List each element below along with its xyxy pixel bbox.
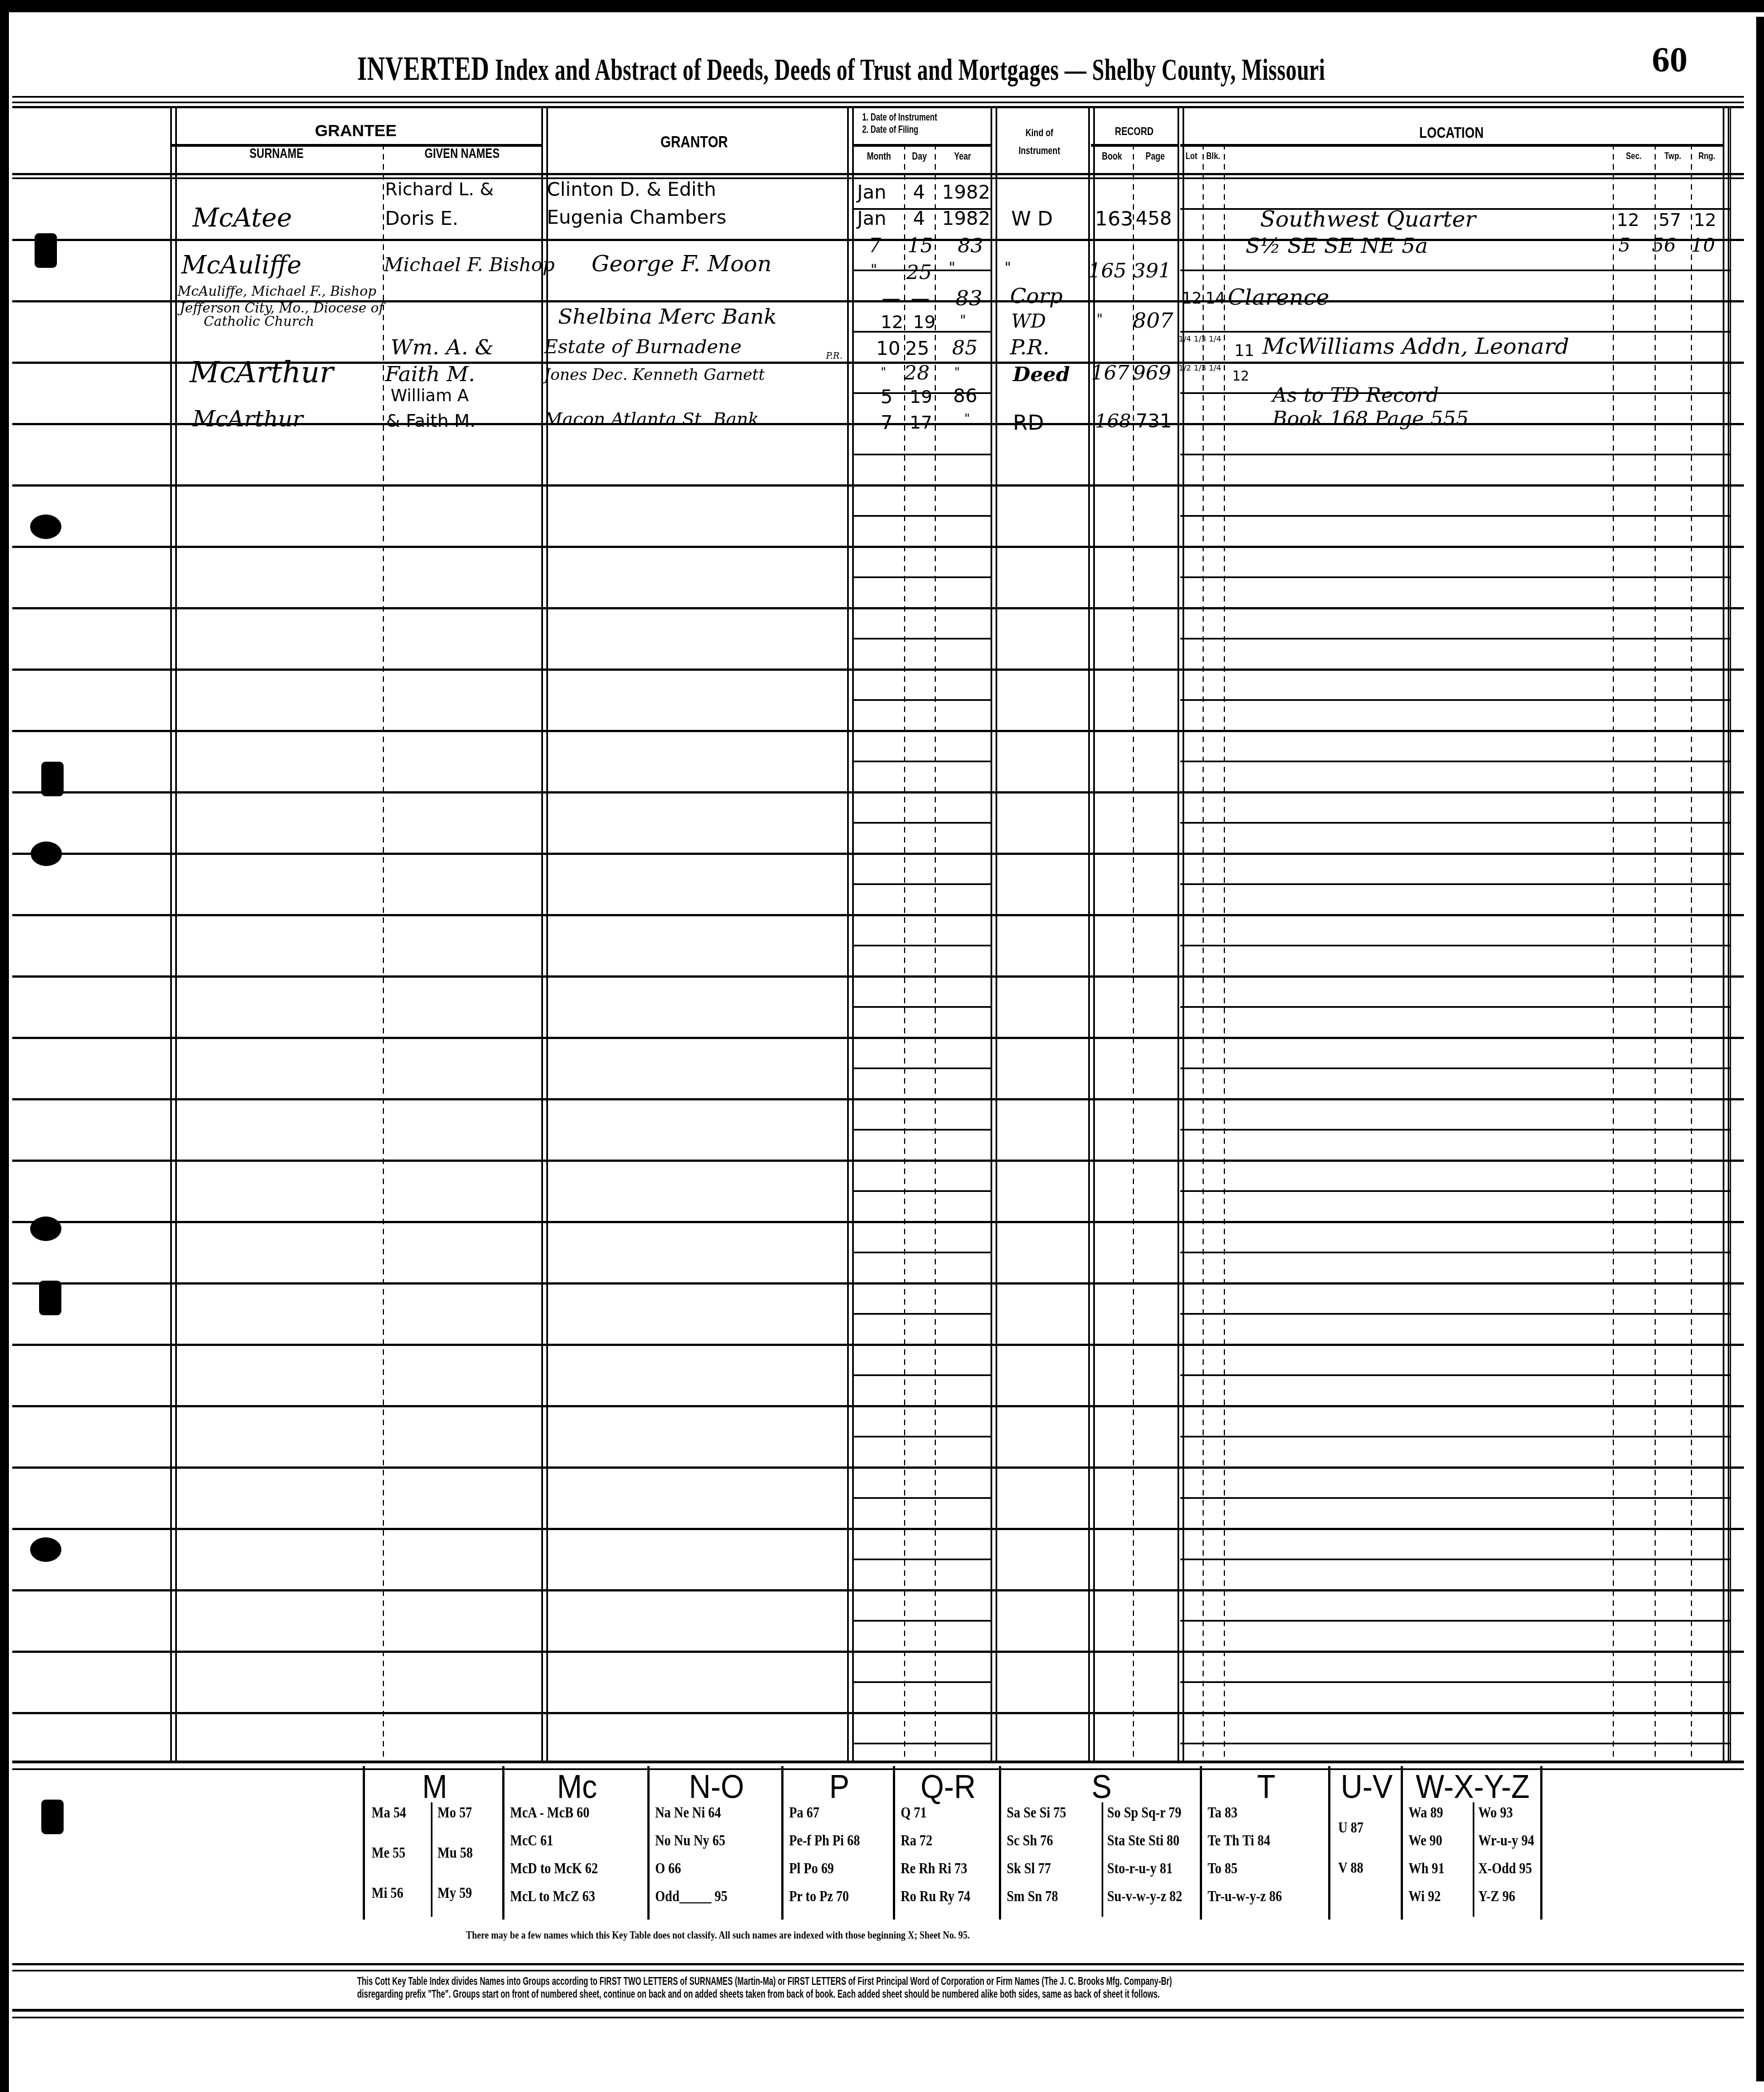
rule-line: [12, 914, 1744, 916]
rule-line: [12, 1589, 1744, 1591]
rule-line: [854, 1006, 991, 1008]
header-location: LOCATION: [1234, 124, 1669, 142]
rule-line: [854, 1620, 991, 1622]
header-blk: Blk.: [1205, 151, 1222, 162]
key-group-m: MMa 54Me 55Mi 56Mo 57Mu 58My 59: [363, 1766, 504, 1920]
grantee-given-line1: Wm. A. &: [391, 335, 494, 359]
location-rng: 10: [1691, 234, 1715, 257]
column-line: [541, 106, 543, 1761]
date1-year: 86: [953, 385, 977, 407]
rule-line: [1180, 454, 1730, 455]
rule-line: [1180, 945, 1730, 946]
date1-month: Jan: [857, 181, 886, 204]
location-description: Clarence: [1228, 285, 1329, 310]
date1-month: 10: [876, 338, 900, 360]
date2-day: 4: [913, 208, 925, 230]
key-table-note: There may be a few names which this Key …: [466, 1930, 970, 1942]
record-page: 969: [1133, 362, 1171, 384]
key-group-q-r: Q-RQ 71Ra 72Re Rh Ri 73Ro Ru Ry 74: [893, 1766, 1001, 1920]
key-item: Ra 72: [901, 1832, 933, 1850]
key-subdivider: [1102, 1802, 1103, 1917]
column-line: [1691, 144, 1692, 1761]
column-line: [1088, 106, 1090, 1761]
rule-line: [12, 177, 1744, 179]
grantor-line2: Jones Dec. Kenneth Garnett: [544, 366, 765, 384]
record-page: 731: [1136, 410, 1172, 432]
location-description: McWilliams Addn, Leonard: [1262, 334, 1569, 359]
rule-line: [854, 576, 991, 578]
key-group-p: PPa 67Pe-f Ph Pi 68Pl Po 69Pr to Pz 70: [781, 1766, 895, 1920]
key-item: U 87: [1338, 1819, 1363, 1837]
rule-line: [854, 761, 991, 762]
record-book: 167: [1091, 362, 1129, 384]
key-item: X-Odd 95: [1478, 1860, 1532, 1878]
key-item: Ro Ru Ry 74: [901, 1888, 970, 1906]
grantee-surname: McArthur: [190, 356, 334, 389]
key-item: Na Ne Ni 64: [655, 1804, 721, 1822]
date2-month: 12: [881, 311, 903, 333]
key-item: Wa 89: [1409, 1804, 1443, 1822]
date1-year: 1982: [942, 181, 991, 204]
record-page: 391: [1133, 259, 1171, 282]
header-date-instrument: 1. Date of Instrument: [854, 112, 965, 123]
key-item: Pr to Pz 70: [789, 1888, 849, 1906]
header-date-filing: 2. Date of Filing: [854, 124, 965, 136]
rule-line: [854, 1436, 991, 1437]
date2-day: 17: [910, 412, 933, 433]
column-line: [1203, 144, 1204, 1761]
grantee-given-line2: Michael F. Bishop: [384, 254, 555, 276]
column-line: [383, 144, 384, 1761]
rule-line: [12, 1405, 1744, 1407]
scan-top-edge: [0, 0, 1764, 12]
header-page: Page: [1137, 151, 1173, 162]
key-item: Me 55: [372, 1844, 406, 1862]
instrument-kind: RD: [1013, 410, 1044, 435]
rule-line: [854, 1559, 991, 1560]
date2-month: ": [871, 262, 877, 279]
cott-key-table: MMa 54Me 55Mi 56Mo 57Mu 58My 59McMcA - M…: [363, 1766, 1540, 1922]
header-lot: Lot: [1183, 151, 1200, 162]
binder-hole: [30, 1216, 61, 1241]
column-line: [852, 106, 854, 1761]
rule-line: [12, 173, 1744, 175]
header-surname: SURNAME: [191, 146, 362, 162]
column-line: [1723, 106, 1724, 1761]
rule-line: [1180, 1313, 1730, 1315]
rule-line: [854, 515, 991, 517]
key-item: Odd_____ 95: [655, 1888, 728, 1906]
key-group-heading: N-O: [656, 1767, 777, 1806]
key-item: Re Rh Ri 73: [901, 1860, 967, 1878]
rule-line: [12, 730, 1744, 732]
grantee-given-line2: Catholic Church: [204, 314, 314, 329]
key-group-w-x-y-z: W-X-Y-ZWa 89We 90Wh 91Wi 92Wo 93Wr-u-y 9…: [1401, 1766, 1542, 1920]
rule-line: [1180, 1129, 1730, 1131]
key-item: Ma 54: [372, 1804, 406, 1822]
key-group-heading: Q-R: [901, 1767, 996, 1806]
header-record: RECORD: [1100, 126, 1169, 138]
rule-line: [1180, 699, 1730, 701]
rule-line: [1180, 1559, 1730, 1560]
rule-line: [854, 1313, 991, 1315]
rule-line: [1180, 822, 1730, 824]
page-number: 60: [1652, 39, 1688, 80]
key-item: Pe-f Ph Pi 68: [789, 1832, 860, 1850]
rule-line: [854, 699, 991, 701]
grantee-given-line2: Faith M.: [385, 362, 475, 386]
rule-line: [854, 1067, 991, 1069]
column-line: [996, 106, 997, 1761]
rule-line: [12, 1221, 1744, 1223]
rule-line: [1180, 144, 1723, 147]
date1-day: 25: [905, 338, 929, 360]
rule-line: [1180, 1743, 1730, 1744]
grantor-line1: Clinton D. & Edith: [547, 179, 716, 201]
header-rng: Rng.: [1694, 151, 1720, 162]
rule-line: [1180, 1681, 1730, 1683]
key-item: Su-v-w-y-z 82: [1107, 1888, 1183, 1906]
column-line: [991, 106, 992, 1761]
rule-line: [12, 484, 1744, 487]
key-item: Wr-u-y 94: [1478, 1832, 1534, 1850]
grantee-given-line1: Richard L. &: [385, 179, 494, 200]
header-instrument: Instrument: [1003, 145, 1076, 157]
key-item: Pl Po 69: [789, 1860, 834, 1878]
header-day: Day: [907, 151, 932, 162]
column-line: [1133, 144, 1134, 1761]
title-bold-word: INVERTED: [357, 50, 489, 88]
rule-line: [854, 1190, 991, 1192]
key-group-s: SSa Se Si 75Sc Sh 76Sk Sl 77Sm Sn 78So S…: [999, 1766, 1202, 1920]
record-book: 163: [1095, 208, 1133, 230]
date2-day: 25: [906, 261, 932, 284]
record-book: ": [1097, 311, 1103, 327]
key-item: Tr-u-w-y-z 86: [1208, 1888, 1282, 1906]
date2-day: 19: [913, 311, 936, 333]
column-line: [935, 144, 936, 1761]
location-rng: 12: [1694, 209, 1717, 230]
rule-line: [854, 144, 991, 147]
key-item: So Sp Sq-r 79: [1107, 1804, 1181, 1822]
date1-year: 83: [958, 234, 983, 257]
rule-line: [12, 1712, 1744, 1714]
rule-line: [1180, 331, 1730, 333]
rule-line: [12, 2017, 1744, 2018]
date2-month: 7: [881, 412, 893, 434]
rule-line: [12, 1651, 1744, 1653]
key-group-u-v: U-VU 87V 88: [1328, 1766, 1403, 1920]
key-group-heading: P: [789, 1767, 890, 1806]
key-item: We 90: [1409, 1832, 1443, 1850]
instrument-kind: W D: [1011, 208, 1053, 230]
rule-line: [854, 945, 991, 946]
grantee-surname: McArthur: [193, 406, 303, 432]
date2-year: 1982: [942, 208, 991, 230]
instrument-kind-line1: Corp: [1010, 283, 1063, 308]
location-sec: 12: [1617, 209, 1640, 230]
grantor-note: P.R.: [826, 350, 843, 361]
column-line: [1655, 144, 1656, 1761]
key-item: McC 61: [510, 1832, 553, 1850]
rule-line: [12, 1037, 1744, 1039]
header-year: Year: [940, 151, 985, 162]
key-item: McL to McZ 63: [510, 1888, 595, 1906]
key-item: O 66: [655, 1860, 681, 1878]
rule-line: [12, 1970, 1744, 1971]
location-description: Southwest Quarter: [1260, 206, 1476, 232]
grantor-line2: Eugenia Chambers: [547, 206, 727, 229]
key-group-n-o: N-ONa Ne Ni 64No Nu Ny 65O 66Odd_____ 95: [647, 1766, 784, 1920]
rule-line: [1180, 638, 1730, 639]
key-item: Q 71: [901, 1804, 927, 1822]
rule-line: [1180, 1252, 1730, 1253]
header-book: Book: [1095, 151, 1129, 162]
key-item: Wi 92: [1409, 1888, 1441, 1906]
header-grantee: GRANTEE: [170, 122, 541, 141]
key-item: Pa 67: [789, 1804, 819, 1822]
grantor-line1: Estate of Burnadene: [544, 336, 742, 358]
key-group-heading: Mc: [512, 1767, 642, 1806]
date2-month: Jan: [857, 208, 886, 230]
location-lot: 12: [1182, 289, 1202, 307]
record-book: 165: [1088, 259, 1127, 282]
column-line: [1730, 106, 1731, 1761]
grantee-given-line2: Doris E.: [385, 208, 458, 230]
rule-line: [1180, 392, 1730, 394]
rule-line: [12, 106, 1744, 108]
rule-line: [12, 1160, 1744, 1162]
key-item: Sk Sl 77: [1007, 1860, 1051, 1878]
rule-line: [12, 1761, 1744, 1763]
key-item: Y-Z 96: [1478, 1888, 1515, 1906]
location-lot-2: 12: [1232, 368, 1249, 384]
location-lot: 11: [1234, 342, 1254, 360]
rule-line: [12, 102, 1744, 103]
header-month: Month: [859, 151, 899, 162]
footer-instructions-line2: disregarding prefix "The". Groups start …: [357, 1988, 1160, 2001]
grantor-line2: George F. Moon: [592, 251, 772, 277]
location-description: S½ SE SE NE 5a: [1246, 233, 1428, 258]
rule-line: [854, 883, 991, 885]
rule-line: [12, 853, 1744, 855]
rule-line: [12, 1466, 1744, 1469]
rule-line: [1180, 1067, 1730, 1069]
instrument-kind: Deed: [1013, 363, 1070, 386]
record-book: 168: [1095, 410, 1131, 432]
rule-line: [12, 1282, 1744, 1285]
rule-line: [12, 607, 1744, 609]
header-given-names: GIVEN NAMES: [398, 146, 525, 162]
date2-year: ": [960, 312, 966, 328]
footer-instructions-line1: This Cott Key Table Index divides Names …: [357, 1975, 1172, 1988]
rule-line: [854, 1743, 991, 1744]
column-line: [1177, 106, 1179, 1761]
key-item: Wh 91: [1409, 1860, 1444, 1878]
binder-hole: [41, 1800, 64, 1834]
rule-line: [1091, 144, 1177, 147]
key-group-heading: T: [1209, 1767, 1324, 1806]
location-line1: As to TD Record: [1272, 384, 1439, 407]
rule-line: [12, 1344, 1744, 1346]
date1-day: 4: [913, 181, 925, 204]
rule-line: [12, 1963, 1744, 1965]
rule-line: [854, 1681, 991, 1683]
instrument-kind: WD: [1011, 310, 1046, 333]
rule-line: [12, 96, 1744, 98]
date1-year: 85: [952, 336, 978, 359]
date1-day: 15: [907, 234, 933, 257]
location-twp: 57: [1659, 209, 1681, 230]
key-subdivider: [1473, 1802, 1474, 1917]
key-group-heading: W-X-Y-Z: [1410, 1767, 1536, 1806]
rule-line: [1180, 1620, 1730, 1622]
date1-month: 7: [868, 234, 881, 257]
title-rest: Index and Abstract of Deeds, Deeds of Tr…: [495, 53, 1325, 86]
rule-line: [1180, 576, 1730, 578]
key-group-t: TTa 83Te Th Ti 84To 85Tr-u-w-y-z 86: [1200, 1766, 1330, 1920]
date1-month: 5: [881, 386, 893, 408]
key-group-heading: U-V: [1334, 1767, 1400, 1806]
rule-line: [854, 1252, 991, 1253]
binder-hole: [39, 1281, 61, 1315]
key-item: Sta Ste Sti 80: [1107, 1832, 1179, 1850]
key-item: McA - McB 60: [510, 1804, 589, 1822]
location-blk: 14: [1205, 289, 1225, 307]
date1-day: —: [911, 287, 930, 310]
key-group-mc: McMcA - McB 60McC 61McD to McK 62McL to …: [502, 1766, 650, 1920]
rule-line: [1180, 1374, 1730, 1376]
key-item: My 59: [438, 1884, 472, 1902]
key-group-heading: M: [372, 1767, 498, 1806]
rule-line: [1180, 270, 1730, 271]
record-page: 807: [1133, 308, 1174, 333]
key-subdivider: [431, 1802, 432, 1917]
grantee-given-line2: & Faith M.: [386, 410, 475, 431]
key-item: Sc Sh 76: [1007, 1832, 1053, 1850]
rule-line: [12, 975, 1744, 978]
rule-line: [1180, 515, 1730, 517]
location-lot-fraction-2: 1/2 1/3 1/4: [1179, 364, 1222, 373]
rule-line: [12, 1528, 1744, 1530]
instrument-kind-line1: P.R.: [1010, 335, 1050, 359]
location-twp: 56: [1652, 234, 1676, 257]
key-item: Mi 56: [372, 1884, 403, 1902]
column-line: [1183, 106, 1184, 1761]
rule-line: [1180, 1497, 1730, 1499]
date2-year: ": [954, 366, 960, 379]
grantor-line2: Shelbina Merc Bank: [558, 304, 777, 329]
location-sec: 5: [1618, 234, 1631, 257]
key-item: Mo 57: [438, 1804, 472, 1822]
header-twp: Twp.: [1659, 151, 1688, 162]
column-line: [1613, 144, 1614, 1761]
column-line: [904, 144, 905, 1761]
date2-year: ": [964, 412, 970, 426]
grantor-line2: Macon Atlanta St. Bank: [544, 408, 759, 430]
scan-left-edge: [0, 0, 9, 2092]
binder-hole: [30, 514, 61, 539]
column-line: [1728, 106, 1729, 1761]
date2-day: 28: [904, 362, 930, 384]
grantee-surname: McAuliffe, Michael F., Bishop: [177, 283, 376, 299]
rule-line: [854, 454, 991, 455]
key-item: Sa Se Si 75: [1007, 1804, 1066, 1822]
rule-line: [854, 822, 991, 824]
date2-year: ": [949, 260, 955, 277]
key-item: Sto-r-u-y 81: [1107, 1860, 1172, 1878]
binder-hole: [30, 1537, 61, 1562]
rule-line: [12, 791, 1744, 793]
page-title: INVERTED Index and Abstract of Deeds, De…: [357, 49, 1325, 89]
key-table-right-border: [1540, 1766, 1542, 1920]
grantee-given-line1: William A: [391, 386, 469, 406]
record-page: 458: [1136, 208, 1172, 230]
rule-line: [1180, 883, 1730, 885]
rule-line: [854, 1129, 991, 1131]
key-item: Ta 83: [1208, 1804, 1237, 1822]
location-lot-fraction-1: 1/4 1/3 1/4: [1179, 335, 1222, 344]
instrument-kind: ": [1004, 260, 1011, 277]
rule-line: [12, 546, 1744, 548]
key-item: Sm Sn 78: [1007, 1888, 1058, 1906]
key-item: To 85: [1208, 1860, 1237, 1878]
rule-line: [854, 1374, 991, 1376]
rule-line: [1180, 1436, 1730, 1437]
rule-line: [1180, 761, 1730, 762]
date1-year: 83: [955, 286, 982, 310]
header-grantor: GRANTOR: [572, 133, 816, 152]
header-kind-of: Kind of: [1003, 127, 1076, 139]
rule-line: [1180, 1006, 1730, 1008]
key-item: McD to McK 62: [510, 1860, 598, 1878]
date1-day: 19: [910, 386, 933, 407]
rule-line: [1180, 1190, 1730, 1192]
column-line: [175, 106, 177, 1761]
date1-month: —: [882, 287, 901, 310]
column-line: [847, 106, 849, 1761]
key-item: Mu 58: [438, 1844, 473, 1862]
key-item: No Nu Ny 65: [655, 1832, 725, 1850]
column-line: [1093, 106, 1095, 1761]
rule-line: [854, 1497, 991, 1499]
rule-line: [12, 1098, 1744, 1100]
key-group-heading: S: [1011, 1767, 1192, 1806]
grantee-surname: McAtee: [193, 203, 292, 233]
header-sec: Sec.: [1617, 151, 1651, 162]
location-description: Book 168 Page 555: [1272, 407, 1469, 430]
date2-month: ": [881, 366, 886, 379]
column-line: [1224, 144, 1225, 1761]
column-line: [170, 106, 172, 1761]
grantee-surname: McAuliffe: [181, 251, 301, 280]
key-item: Wo 93: [1478, 1804, 1513, 1822]
key-item: Te Th Ti 84: [1208, 1832, 1270, 1850]
scan-right-edge: [1756, 17, 1764, 2081]
rule-line: [854, 638, 991, 639]
key-item: V 88: [1338, 1859, 1363, 1877]
rule-line: [12, 2009, 1744, 2012]
rule-line: [12, 669, 1744, 671]
